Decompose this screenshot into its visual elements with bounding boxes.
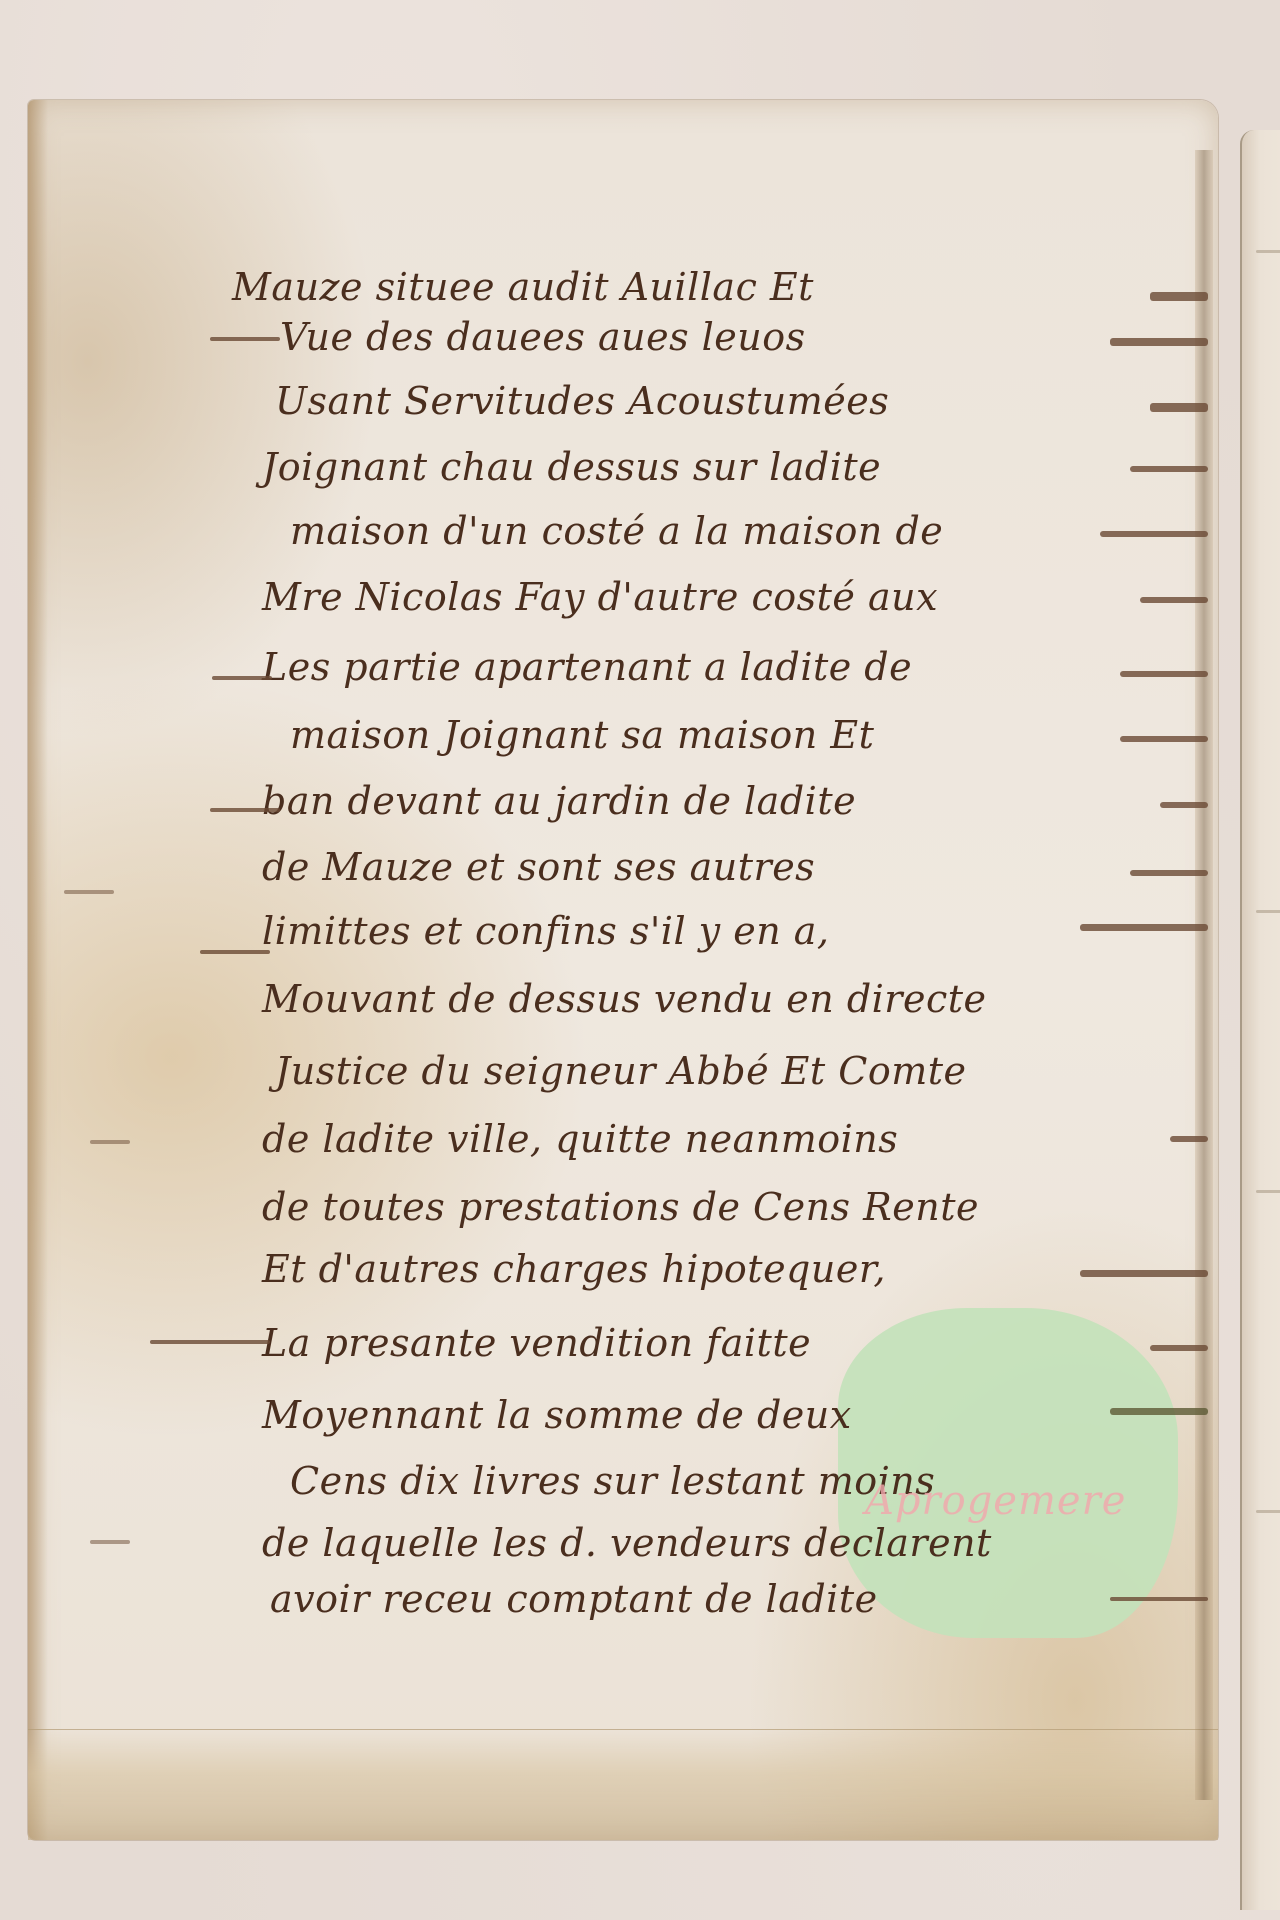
ink-mark: [1256, 1190, 1280, 1193]
text-line: ban devant au jardin de ladite: [262, 782, 856, 820]
line-filler: [1120, 671, 1208, 677]
text-line: Et d'autres charges hipotequer,: [262, 1250, 886, 1288]
text-line: Mre Nicolas Fay d'autre costé aux: [262, 578, 938, 616]
line-filler: [1150, 403, 1208, 412]
watermark-text: Aprogemere: [865, 1478, 1126, 1524]
line-flourish: [210, 337, 280, 341]
text-line: avoir receu comptant de ladite: [270, 1580, 878, 1618]
text-line: maison d'un costé a la maison de: [290, 512, 943, 550]
line-flourish: [210, 808, 280, 812]
text-line: La presante vendition faitte: [262, 1324, 811, 1362]
line-filler: [1140, 597, 1208, 603]
line-filler: [1110, 1597, 1208, 1601]
text-line: Mauze situee audit Auillac Et: [232, 268, 814, 306]
ink-mark: [1256, 250, 1280, 253]
line-filler: [1150, 292, 1208, 301]
adjacent-page-edge: [1240, 130, 1280, 1910]
line-flourish: [212, 676, 272, 680]
text-line: Cens dix livres sur lestant moins: [290, 1462, 935, 1500]
ink-mark: [90, 1540, 130, 1544]
ink-mark: [90, 1140, 130, 1144]
line-filler: [1100, 531, 1208, 537]
text-line: Moyennant la somme de deux: [262, 1396, 852, 1434]
line-filler: [1160, 802, 1208, 808]
line-filler: [1130, 870, 1208, 876]
text-line: de laquelle les d. vendeurs declarent: [262, 1524, 992, 1562]
line-flourish: [150, 1340, 270, 1344]
ink-mark: [1256, 1510, 1280, 1513]
text-line: Justice du seigneur Abbé Et Comte: [275, 1052, 967, 1090]
ink-mark: [1256, 910, 1280, 913]
line-filler: [1110, 1408, 1208, 1415]
text-line: Usant Servitudes Acoustumées: [275, 382, 889, 420]
text-line: Vue des dauees aues leuos: [280, 318, 806, 356]
text-line: Mouvant de dessus vendu en directe: [262, 980, 987, 1018]
page-fold: [1195, 150, 1213, 1800]
line-filler: [1120, 736, 1208, 742]
text-line: Joignant chau dessus sur ladite: [262, 448, 881, 486]
line-filler: [1130, 466, 1208, 472]
text-line: de ladite ville, quitte neanmoins: [262, 1120, 898, 1158]
text-line: Les partie apartenant a ladite de: [262, 648, 912, 686]
line-filler: [1170, 1136, 1208, 1142]
line-filler: [1150, 1345, 1208, 1351]
line-filler: [1110, 338, 1208, 346]
line-filler: [1080, 924, 1208, 931]
line-flourish: [200, 950, 270, 954]
text-line: maison Joignant sa maison Et: [290, 716, 874, 754]
ink-mark: [64, 890, 114, 894]
text-line: de Mauze et sont ses autres: [262, 848, 815, 886]
text-line: limittes et confins s'il y en a,: [262, 912, 830, 950]
text-line: de toutes prestations de Cens Rente: [262, 1188, 979, 1226]
line-filler: [1080, 1270, 1208, 1277]
